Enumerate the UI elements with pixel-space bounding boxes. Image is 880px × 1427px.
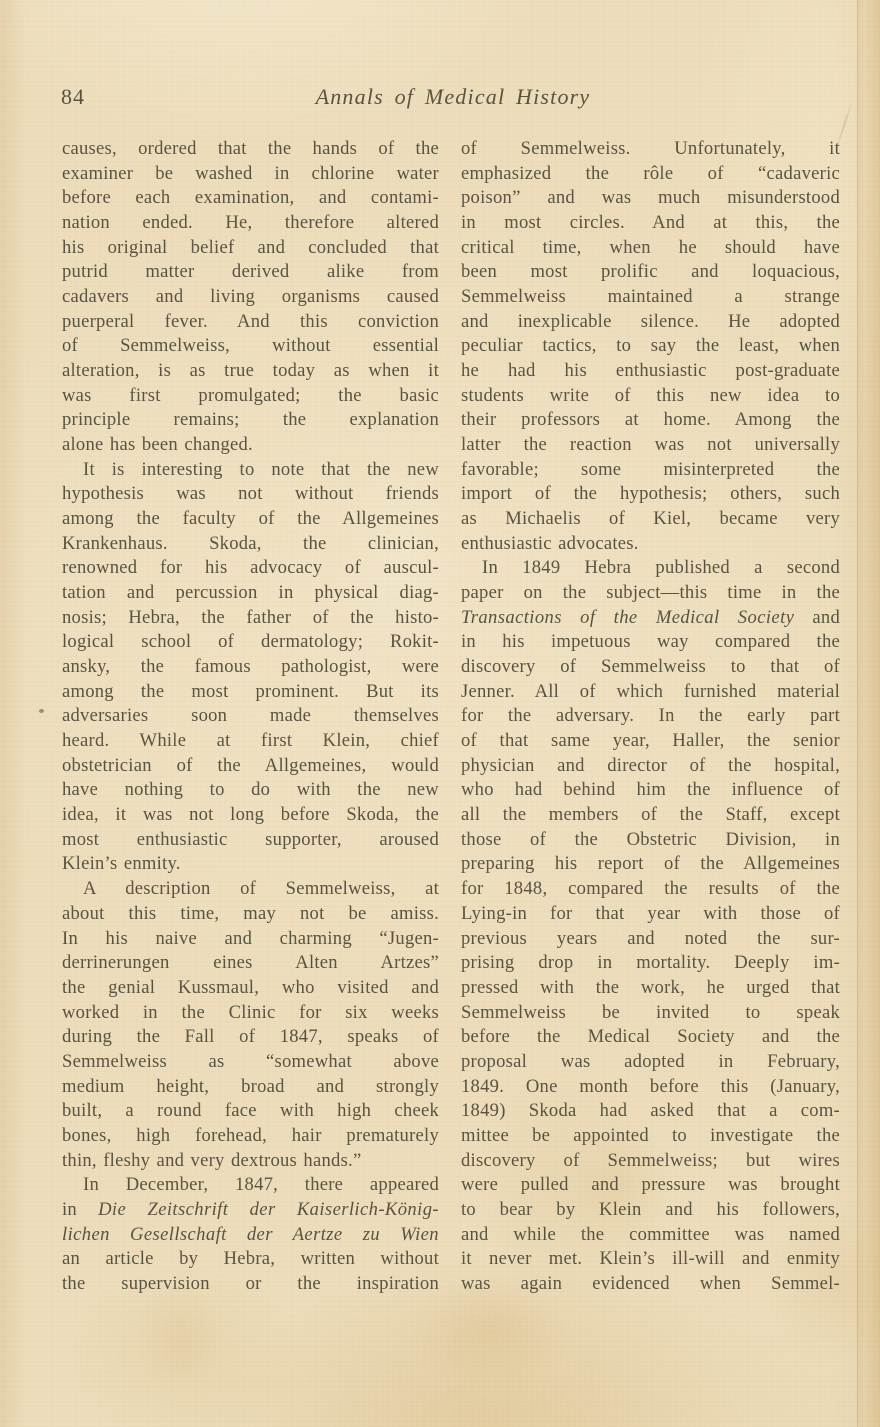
text-line: alone has been changed. [62,433,439,458]
text-line: tation and percussion in physical diag- [62,581,439,606]
text-line: before each examination, and contami- [62,186,439,211]
text-line: those of the Obstetric Division, in [461,828,840,853]
text-line: adversaries soon made themselves [62,704,439,729]
text-line: favorable; some misinterpreted the [461,458,840,483]
text-line: In his naive and charming “Jugen- [62,927,439,952]
text-line: A description of Semmelweiss, at [62,877,439,902]
text-line: emphasized the rôle of “cadaveric [461,162,840,187]
text-line: import of the hypothesis; others, such [461,482,840,507]
text-line: thin, fleshy and very dextrous hands.” [62,1149,439,1174]
running-title: Annals of Medical History [26,84,880,110]
text-line: Transactions of the Medical Society and [461,606,840,631]
text-line: of that same year, Haller, the senior [461,729,840,754]
text-line: during the Fall of 1847, speaks of [62,1025,439,1050]
text-line: Krankenhaus. Skoda, the clinician, [62,532,439,557]
text-line: among the faculty of the Allgemeines [62,507,439,532]
text-line: who had behind him the influence of [461,778,840,803]
text-line: he had his enthusiastic post-graduate [461,359,840,384]
text-line: in Die Zeitschrift der Kaiserlich-König- [62,1198,439,1223]
text-line: It is interesting to note that the new [62,458,439,483]
text-line: In December, 1847, there appeared [62,1173,439,1198]
text-line: Semmelweiss be invited to speak [461,1001,840,1026]
text-line: principle remains; the explanation [62,408,439,433]
text-line: enthusiastic advocates. [461,532,840,557]
text-line: heard. While at first Klein, chief [62,729,439,754]
text-line: nosis; Hebra, the father of the histo- [62,606,439,631]
text-line: discovery of Semmelweiss; but wires [461,1149,840,1174]
text-line: Klein’s enmity. [62,852,439,877]
text-line: bones, high forehead, hair prematurely [62,1124,439,1149]
text-line: 1849. One month before this (January, [461,1075,840,1100]
text-line: it never met. Klein’s ill-will and enmit… [461,1247,840,1272]
text-line: physician and director of the hospital, [461,754,840,779]
text-line: have nothing to do with the new [62,778,439,803]
text-line: Jenner. All of which furnished material [461,680,840,705]
text-line: among the most prominent. But its [62,680,439,705]
text-line: poison” and was much misunderstood [461,186,840,211]
left-column: causes, ordered that the hands of theexa… [62,137,439,1297]
text-line: Semmelweiss maintained a strange [461,285,840,310]
text-line: derrinerungen eines Alten Artzes” [62,951,439,976]
text-line: renowned for his advocacy of auscul- [62,556,439,581]
text-line: 1849) Skoda had asked that a com- [461,1099,840,1124]
text-line: putrid matter derived alike from [62,260,439,285]
text-line: of Semmelweiss, without essential [62,334,439,359]
text-line: latter the reaction was not universally [461,433,840,458]
text-line: their professors at home. Among the [461,408,840,433]
right-column: of Semmelweiss. Unfortunately, itemphasi… [461,137,840,1297]
text-line: for the adversary. In the early part [461,704,840,729]
scanned-book-page: 84 Annals of Medical History causes, ord… [0,0,880,1427]
text-line: examiner be washed in chlorine water [62,162,439,187]
text-line: before the Medical Society and the [461,1025,840,1050]
text-line: causes, ordered that the hands of the [62,137,439,162]
text-line: discovery of Semmelweiss to that of [461,655,840,680]
text-line: critical time, when he should have [461,236,840,261]
text-line: of Semmelweiss. Unfortunately, it [461,137,840,162]
page-edge-shadow [857,0,880,1427]
text-line: Semmelweiss as “somewhat above [62,1050,439,1075]
text-line: were pulled and pressure was brought [461,1173,840,1198]
text-line: idea, it was not long before Skoda, the [62,803,439,828]
ink-speck [39,709,44,713]
text-line: peculiar tactics, to say the least, when [461,334,840,359]
text-line: puerperal fever. And this conviction [62,310,439,335]
text-line: mittee be appointed to investigate the [461,1124,840,1149]
text-line: in most circles. And at this, the [461,211,840,236]
text-line: built, a round face with high cheek [62,1099,439,1124]
text-line: his original belief and concluded that [62,236,439,261]
text-line: all the members of the Staff, except [461,803,840,828]
text-line: as Michaelis of Kiel, became very [461,507,840,532]
text-line: ansky, the famous pathologist, were [62,655,439,680]
text-line: and inexplicable silence. He adopted [461,310,840,335]
text-line: nation ended. He, therefore altered [62,211,439,236]
text-line: obstetrician of the Allgemeines, would [62,754,439,779]
text-line: in his impetuous way compared the [461,630,840,655]
text-line: was again evidenced when Semmel- [461,1272,840,1297]
text-line: worked in the Clinic for six weeks [62,1001,439,1026]
text-line: medium height, broad and strongly [62,1075,439,1100]
text-line: previous years and noted the sur- [461,927,840,952]
text-line: to bear by Klein and his followers, [461,1198,840,1223]
text-line: about this time, may not be amiss. [62,902,439,927]
text-line: most enthusiastic supporter, aroused [62,828,439,853]
text-line: lichen Gesellschaft der Aertze zu Wien [62,1223,439,1248]
text-line: cadavers and living organisms caused [62,285,439,310]
text-line: hypothesis was not without friends [62,482,439,507]
text-line: the genial Kussmaul, who visited and [62,976,439,1001]
text-line: been most prolific and loquacious, [461,260,840,285]
text-line: paper on the subject—this time in the [461,581,840,606]
text-line: alteration, is as true today as when it [62,359,439,384]
text-line: preparing his report of the Allgemeines [461,852,840,877]
text-line: students write of this new idea to [461,384,840,409]
text-line: logical school of dermatology; Rokit- [62,630,439,655]
text-line: pressed with the work, he urged that [461,976,840,1001]
text-line: prising drop in mortality. Deeply im- [461,951,840,976]
text-line: an article by Hebra, written without [62,1247,439,1272]
text-line: was first promulgated; the basic [62,384,439,409]
text-line: In 1849 Hebra published a second [461,556,840,581]
text-line: for 1848, compared the results of the [461,877,840,902]
text-line: proposal was adopted in February, [461,1050,840,1075]
text-line: and while the committee was named [461,1223,840,1248]
text-line: the supervision or the inspiration [62,1272,439,1297]
text-line: Lying-in for that year with those of [461,902,840,927]
